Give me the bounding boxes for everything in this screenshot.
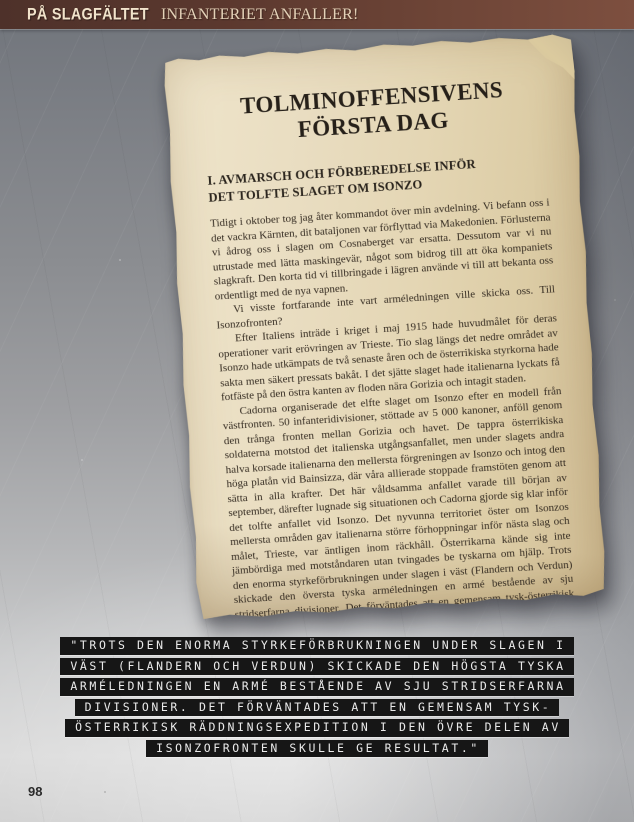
pull-quote-line: ARMÉLEDNINGEN EN ARMÉ BESTÅENDE AV SJU S… <box>0 677 634 696</box>
pull-quote-line-text: ÖSTERRIKISK RÄDDNINGSEXPEDITION I DEN ÖV… <box>65 719 569 737</box>
pull-quote-line: ÖSTERRIKISK RÄDDNINGSEXPEDITION I DEN ÖV… <box>0 718 634 737</box>
pull-quote-line-text: DIVISIONER. DET FÖRVÄNTADES ATT EN GEMEN… <box>75 699 560 717</box>
metallic-background: PÅ SLAGFÄLTET INFANTERIET ANFALLER! TOLM… <box>0 0 634 822</box>
pull-quote-line: "TROTS DEN ENORMA STYRKEFÖRBRUKNINGEN UN… <box>0 636 634 655</box>
body-text: Tidigt i oktober tog jag åter kommandot … <box>210 195 578 622</box>
pull-quote-line: VÄST (FLANDERN OCH VERDUN) SKICKADE DEN … <box>0 657 634 676</box>
pull-quote-line-text: ISONZOFRONTEN SKULLE GE RESULTAT." <box>146 740 488 758</box>
document-title: TOLMINOFFENSIVENS FÖRSTA DAG <box>198 74 547 150</box>
page-header-bar: PÅ SLAGFÄLTET INFANTERIET ANFALLER! <box>0 0 634 29</box>
series-title: PÅ SLAGFÄLTET <box>27 5 149 23</box>
pull-quote-line-text: "TROTS DEN ENORMA STYRKEFÖRBRUKNINGEN UN… <box>60 637 573 655</box>
paper-content: TOLMINOFFENSIVENS FÖRSTA DAG I. AVMARSCH… <box>162 32 609 623</box>
pull-quote-line-text: ARMÉLEDNINGEN EN ARMÉ BESTÅENDE AV SJU S… <box>60 678 573 696</box>
paragraph-4: Cadorna organiserade det elfte slaget om… <box>222 384 578 623</box>
pull-quote-line-text: VÄST (FLANDERN OCH VERDUN) SKICKADE DEN … <box>60 658 573 676</box>
page-number: 98 <box>28 784 42 799</box>
pull-quote: "TROTS DEN ENORMA STYRKEFÖRBRUKNINGEN UN… <box>0 636 634 759</box>
article-title: INFANTERIET ANFALLER! <box>161 6 359 24</box>
scanned-paper-page: TOLMINOFFENSIVENS FÖRSTA DAG I. AVMARSCH… <box>162 32 609 623</box>
pull-quote-line: DIVISIONER. DET FÖRVÄNTADES ATT EN GEMEN… <box>0 698 634 717</box>
pull-quote-line: ISONZOFRONTEN SKULLE GE RESULTAT." <box>0 739 634 758</box>
paper-sheet: TOLMINOFFENSIVENS FÖRSTA DAG I. AVMARSCH… <box>162 32 609 623</box>
